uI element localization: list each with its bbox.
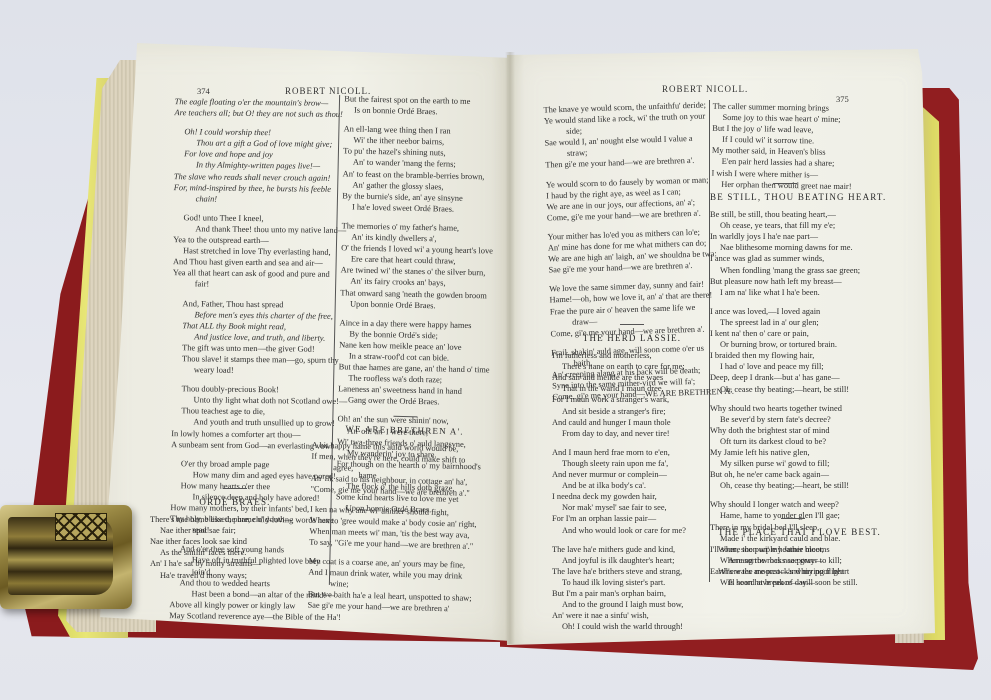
- verse-line: An' I ha'e sat by mony streams—: [150, 558, 320, 569]
- verse-line: I had o' love and peace my fill;: [710, 361, 860, 372]
- poem-title-be-still: BE STILL, THOU BEATING HEART.: [710, 192, 860, 203]
- verse-line: My silken purse wi' gowd to fill;: [710, 458, 860, 469]
- verse-line: A sunbeam sent from God—an everlasting v…: [171, 439, 331, 452]
- verse-line: Why doth the brightest star of mind: [710, 425, 860, 436]
- verse-line: Oh! I could wish the warld through!: [552, 621, 712, 632]
- verse-line: I'm fatherless and motherless,: [552, 350, 712, 361]
- verse-line: The lave ha'e brithers steve and strang,: [552, 566, 712, 577]
- verse-line: And sair and meikle are the waes: [552, 372, 712, 383]
- verse-line: Oh, cease thy beating;—heart, be still!: [710, 384, 860, 395]
- photo-scene: 374 ROBERT NICOLL. ROBERT NICOLL. 375 Th…: [0, 0, 991, 700]
- section-rule: [620, 324, 644, 325]
- verse-line: And cauld and hunger I maun thole: [552, 417, 712, 428]
- verse-line: As the smilin' faces there.: [150, 547, 320, 558]
- verse-line: When fondling 'mang the grass sae green;: [710, 265, 860, 276]
- section-rule: [223, 488, 247, 489]
- verse-line: Oh cease, ye tears, that fill my e'e;: [710, 220, 860, 231]
- verse-line: There's nane on earth to care for me;: [552, 361, 712, 372]
- section-rule: [781, 518, 805, 519]
- stanza-break: [710, 298, 860, 306]
- poem-orde-braes: ORDÉ BRAES. There's nae hame like the ha…: [150, 482, 320, 581]
- verse-line: I needna deck my gowden hair,: [552, 491, 712, 502]
- poem-title-herd-lassie: THE HERD LASSIE.: [552, 333, 712, 344]
- verse-line: In warldly joys I ha'e nae part—: [710, 231, 860, 242]
- verse-line: And sit beside a stranger's fire;: [552, 406, 712, 417]
- verse-line: May Scotland reverence aye—the Bible of …: [169, 610, 329, 623]
- verse-line: Amang the rocks sae gray—: [718, 555, 868, 566]
- verse-line: I ance was loved,—I loved again: [710, 306, 860, 317]
- section-rule: [393, 416, 417, 418]
- verse-line: Why should two hearts together twined: [710, 403, 860, 414]
- verse-line: And be at ilka body's ca'.: [552, 480, 712, 491]
- verse-line: That in the warld I maun dree.: [552, 383, 712, 394]
- verse-line: But I'm a pair man's orphan bairn,: [552, 588, 712, 599]
- verse-line: There's nae hame like the hame o' youth—: [150, 514, 320, 525]
- verse-line: Be still, be still, thou beating heart,—: [710, 209, 860, 220]
- verse-line: From day to day, and never tire!: [552, 428, 712, 439]
- verse-line: Nae ither faces look sae kind: [150, 536, 320, 547]
- poem-title-we-are-brethren: WE ARE BRETHREN A'.: [312, 423, 497, 439]
- verse-line: Deep, deep I drank—but a' has gane—: [710, 372, 860, 383]
- verse-line: I kent na' then o' care or pain,: [710, 328, 860, 339]
- book-gutter: [505, 52, 515, 644]
- verse-line: My Jamie left his native glen,: [710, 447, 860, 458]
- verse-line: Though sleety rain upon me fa',: [552, 458, 712, 469]
- verse-line: And I maun herd frae morn to e'en,: [552, 447, 712, 458]
- verse-line: Oft turn its darkest cloud to be?: [710, 436, 860, 447]
- verse-line: fair!: [173, 279, 333, 292]
- verse-line: Nor mak' mysel' sae fair to see,: [552, 502, 712, 513]
- verse-line: But oh, he ne'er came back again—: [710, 469, 860, 480]
- verse-line: Oh, cease thy beating;—heart, be still!: [710, 480, 860, 491]
- verse-line: The lave ha'e mithers gude and kind,: [552, 544, 712, 555]
- verse-line: And who would look or care for me?: [552, 525, 712, 536]
- poem-the-place-that-i-love-best: THE PLACE THAT I LOVE BEST. Where the pu…: [718, 512, 868, 588]
- lattice-cuff-decoration: [55, 513, 107, 541]
- poem-title-place-i-love-best: THE PLACE THAT I LOVE BEST.: [718, 527, 868, 538]
- stanza-break: [552, 439, 712, 447]
- section-rule: [773, 183, 797, 184]
- verse-line: chain!: [174, 193, 334, 206]
- verse-line: Nae blithesome morning dawns for me.: [710, 242, 860, 253]
- verse-line: Be sever'd by stern fate's decree?: [710, 414, 860, 425]
- verse-line: For I maun work a stranger's wark,: [552, 394, 712, 405]
- stanza-break: [552, 536, 712, 544]
- poem-herd-lassie: THE HERD LASSIE. I'm fatherless and moth…: [552, 318, 712, 632]
- verse-line: Where the moorcock's whirring flight: [718, 566, 868, 577]
- verse-line: Nae ither spot sae fair;: [150, 525, 320, 536]
- verse-line: The spreest lad in a' our glen;: [710, 317, 860, 328]
- verse-line: For I'm an orphan lassie pair—: [552, 513, 712, 524]
- verse-line: An' were it nae a sinfu' wish,: [552, 610, 712, 621]
- poem-title-orde-braes: ORDÉ BRAES.: [150, 497, 320, 508]
- verse-line: weary load!: [172, 364, 332, 377]
- verse-line: I ance was glad as summer winds,: [710, 253, 860, 264]
- running-head-right: ROBERT NICOLL.: [662, 84, 748, 94]
- verse-line: Ha'e travell'd mony ways;: [150, 570, 320, 581]
- verse-line: Are teachers all; but O! they are not su…: [175, 107, 335, 120]
- verse-line: And to the ground I laigh must bow,: [552, 599, 712, 610]
- verse-line: But pleasure now hath left my breast—: [710, 276, 860, 287]
- poem-we-are-brethren: WE ARE BRETHREN A'. A bit happy hame thi…: [307, 408, 497, 616]
- verse-line: And joyful is ilk daughter's heart;: [552, 555, 712, 566]
- verse-line: I braided then my flowing hair,: [710, 350, 860, 361]
- stanza-break: [710, 491, 860, 499]
- brass-hand-paperweight: [0, 505, 132, 609]
- verse-line: Is heard at break of day—: [718, 577, 868, 588]
- verse-line: I am na' like what I ha'e been.: [710, 287, 860, 298]
- verse-line: To haud ilk loving sister's part.: [552, 577, 712, 588]
- verse-line: And never murmur or complein—: [552, 469, 712, 480]
- verse-line: Why should I longer watch and weep?: [710, 499, 860, 510]
- verse-line: Or burning brow, or tortured brain.: [710, 339, 860, 350]
- page-number-left: 374: [197, 86, 210, 96]
- stanza-break: [710, 395, 860, 403]
- verse-line: Where the purple heather blooms: [718, 544, 868, 555]
